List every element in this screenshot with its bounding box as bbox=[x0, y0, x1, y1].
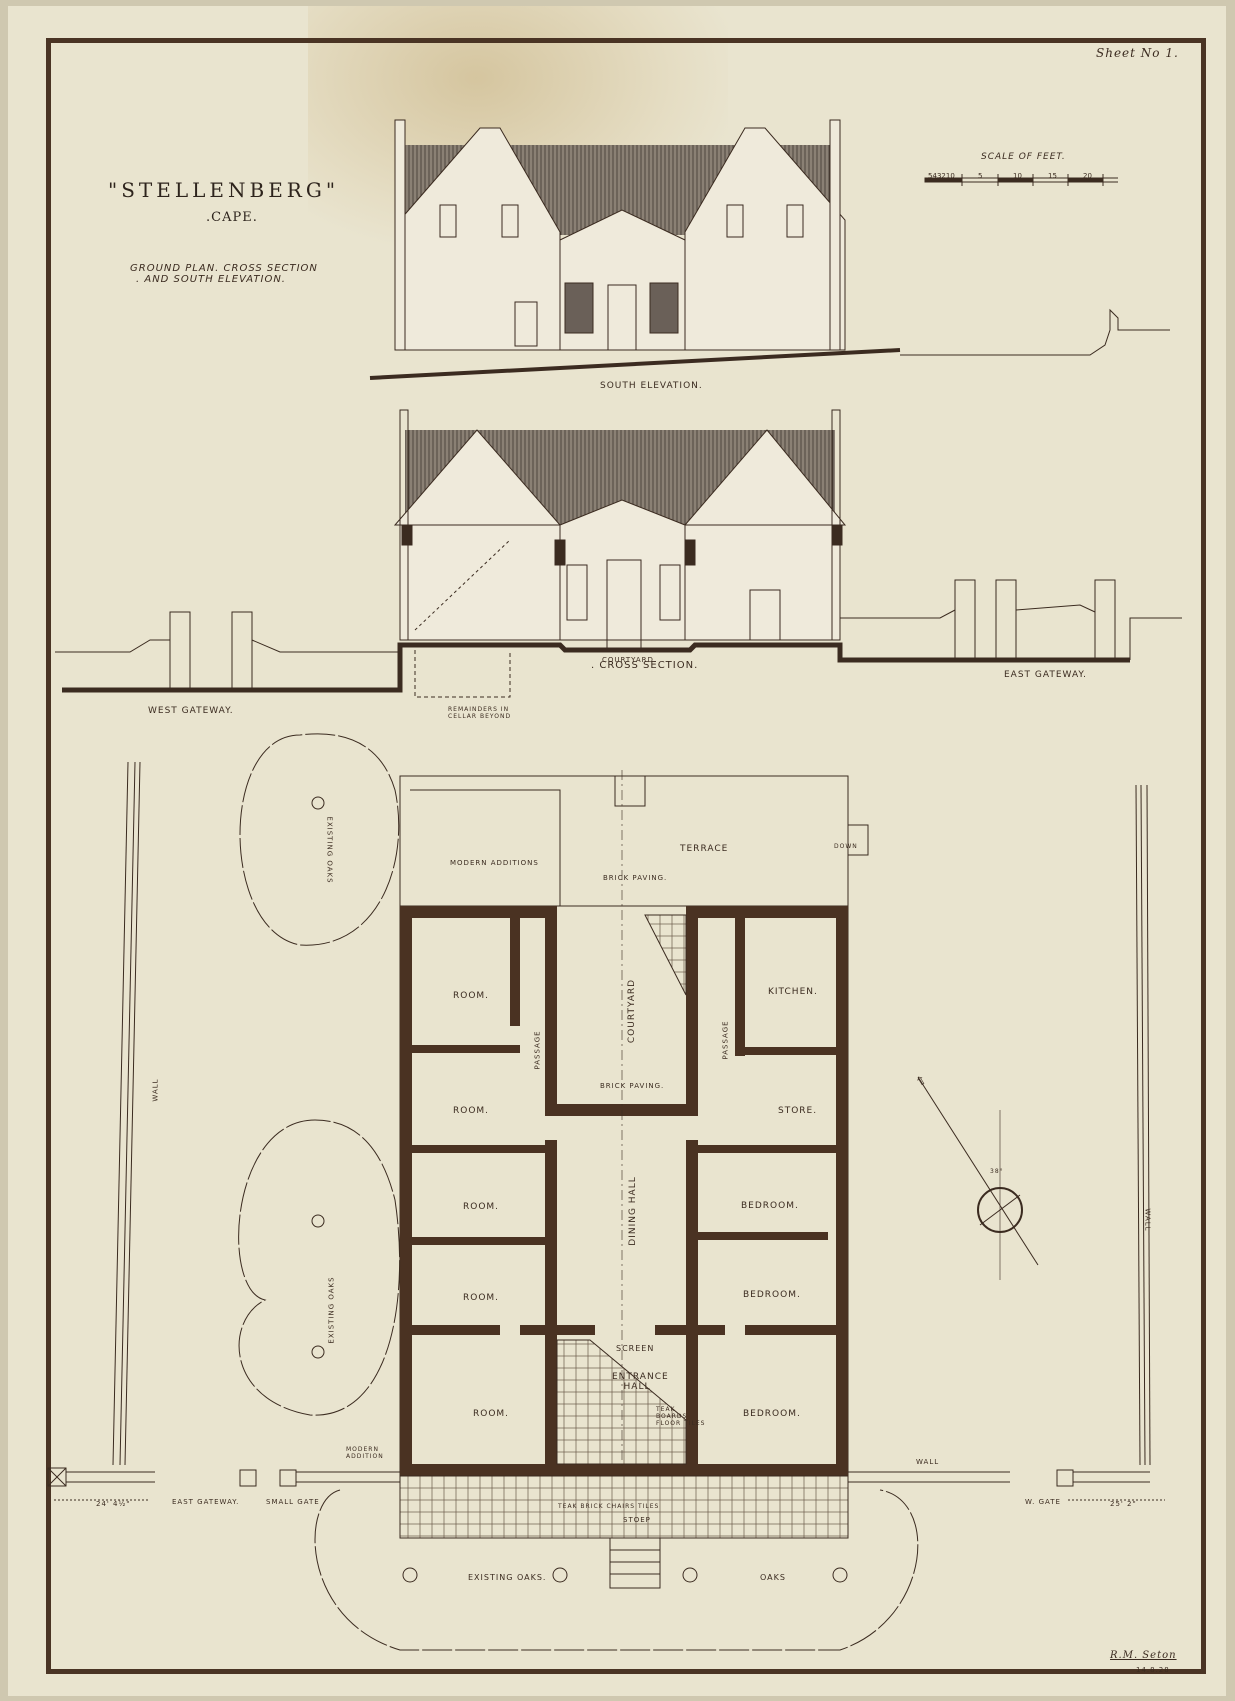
ground-plan bbox=[48, 734, 1165, 1650]
drawing-sheet: "STELLENBERG" .CAPE. GROUND PLAN. CROSS … bbox=[8, 6, 1226, 1696]
drawing-linework bbox=[8, 6, 1226, 1696]
signature: R.M. Seton bbox=[1110, 1650, 1177, 1661]
existing-oaks-bottom-label: EXISTING OAKS bbox=[328, 1276, 336, 1343]
room-label-2: ROOM. bbox=[453, 1106, 489, 1116]
oaks-front-right-label: OAKS bbox=[760, 1573, 786, 1582]
dimension-right: 25' 2" bbox=[1110, 1500, 1137, 1508]
stoep-note: TEAK BRICK CHAIRS TILES bbox=[558, 1503, 659, 1510]
wall-right-label: WALL bbox=[1144, 1208, 1152, 1231]
courtyard-section-label: COURTYARD. bbox=[602, 656, 657, 664]
room-label-4: ROOM. bbox=[463, 1293, 499, 1303]
screen-label: SCREEN bbox=[616, 1344, 654, 1353]
small-gate-label: SMALL GATE bbox=[266, 1498, 320, 1506]
wall-bottom-label: WALL bbox=[916, 1458, 939, 1466]
modern-additions-label: MODERN ADDITIONS bbox=[450, 859, 539, 867]
courtyard-label: COURTYARD bbox=[627, 979, 637, 1043]
room-label-5: ROOM. bbox=[473, 1409, 509, 1419]
dining-hall-label: DINING HALL bbox=[628, 1176, 638, 1246]
down-label: DOWN bbox=[834, 843, 858, 850]
modern-addition-label: MODERN ADDITION bbox=[346, 1446, 386, 1460]
brick-paving-court-label: BRICK PAVING. bbox=[600, 1082, 664, 1090]
cellar-note: REMAINDERS IN CELLAR BEYOND bbox=[448, 706, 518, 720]
north-angle-label: 38° bbox=[990, 1168, 1004, 1175]
west-gateway-label: WEST GATEWAY. bbox=[148, 706, 234, 716]
existing-oaks-front-label: EXISTING OAKS. bbox=[468, 1573, 546, 1582]
bedroom-label-2: BEDROOM. bbox=[743, 1290, 801, 1300]
kitchen-label: KITCHEN. bbox=[768, 987, 818, 997]
room-label-1: ROOM. bbox=[453, 991, 489, 1001]
bedroom-label-3: BEDROOM. bbox=[743, 1409, 801, 1419]
store-label: STORE. bbox=[778, 1106, 817, 1116]
south-elevation bbox=[370, 120, 1170, 378]
east-gateway-section-label: EAST GATEWAY. bbox=[1004, 670, 1087, 680]
passage-right-label: PASSAGE bbox=[722, 1020, 730, 1059]
east-gateway-plan-label: EAST GATEWAY. bbox=[172, 1498, 239, 1506]
floor-note: TEAK BOARDS FLOOR TILES bbox=[656, 1406, 706, 1427]
terrace-label: TERRACE bbox=[680, 844, 728, 854]
dimension-left: 24' 4½" bbox=[96, 1500, 131, 1508]
room-label-3: ROOM. bbox=[463, 1202, 499, 1212]
bedroom-label-1: BEDROOM. bbox=[741, 1201, 799, 1211]
w-gate-label: W. GATE bbox=[1025, 1498, 1061, 1506]
stoep-label: STOEP bbox=[623, 1516, 651, 1524]
south-elevation-label: SOUTH ELEVATION. bbox=[600, 381, 703, 391]
wall-left-label: WALL bbox=[152, 1078, 160, 1101]
passage-left-label: PASSAGE bbox=[534, 1030, 542, 1069]
cross-section bbox=[55, 410, 1182, 697]
drawing-date: 14.8.28 bbox=[1136, 1666, 1170, 1674]
brick-paving-top-label: BRICK PAVING. bbox=[603, 874, 667, 882]
existing-oaks-top-label: EXISTING OAKS bbox=[326, 816, 334, 883]
entrance-hall-label: ENTRANCE HALL bbox=[612, 1372, 662, 1392]
scale-bar bbox=[925, 174, 1118, 186]
